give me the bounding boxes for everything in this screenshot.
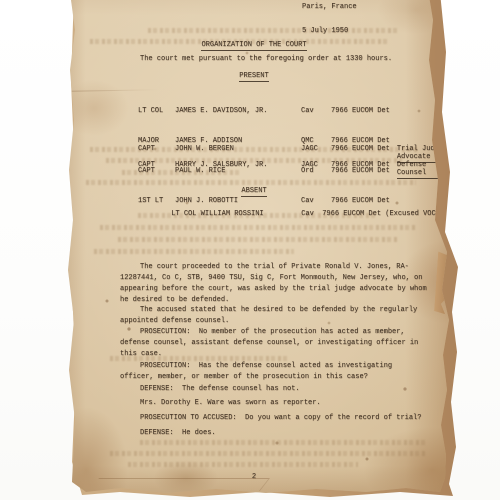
ghost-text-line — [128, 462, 358, 467]
document-title-text: ORGANIZATION OF THE COURT — [201, 41, 306, 51]
roster-row: LT COL JAMES E. DAVIDSON, JR. Cav 7966 E… — [138, 107, 448, 115]
officer-unit: 7966 EUCOM Det — [331, 161, 390, 179]
dateline-date: 5 July 1950 — [302, 26, 452, 37]
present-heading-text: PRESENT — [239, 72, 268, 82]
officer-name: HARRY J. SALSBURY, JR. — [175, 161, 301, 179]
ghost-text-line — [110, 451, 426, 456]
paragraph: PROSECUTION TO ACCUSED: Do you want a co… — [120, 413, 428, 424]
officer-name: LT COL WILLIAM ROSSINI — [171, 209, 301, 220]
page-number: 2 — [66, 472, 442, 483]
officer-branch: Cav — [301, 107, 331, 115]
paragraph: PROSECUTION: No member of the prosecutio… — [120, 327, 428, 360]
paragraph: The court proceeded to the trial of Priv… — [120, 262, 428, 306]
officer-unit: 7966 EUCOM Det — [331, 107, 390, 115]
officer-rank: CAPT — [138, 161, 175, 179]
paragraph: DEFENSE: The defense counsel has not. — [120, 384, 428, 395]
paragraph: Mrs. Dorothy E. Ware was sworn as report… — [120, 398, 428, 409]
ghost-text-line — [140, 440, 428, 445]
ghost-text-line — [94, 249, 294, 254]
officer-name: JAMES E. DAVIDSON, JR. — [175, 107, 301, 115]
officer-unit: Cav 7966 EUCOM Det — [301, 210, 381, 218]
intro-line: The court met pursuant to the foregoing … — [140, 54, 440, 65]
absent-heading: ABSENT — [66, 186, 442, 197]
document-title: ORGANIZATION OF THE COURT — [66, 40, 442, 51]
document-page: Paris, France 5 July 1950 ORGANIZATION O… — [66, 0, 456, 496]
present-heading: PRESENT — [66, 71, 442, 82]
paragraph: DEFENSE: He does. — [120, 428, 428, 439]
dateline-place: Paris, France — [302, 2, 452, 13]
absent-heading-text: ABSENT — [241, 187, 266, 197]
absent-row: LT COL WILLIAM ROSSINICav 7966 EUCOM Det… — [146, 198, 446, 231]
officer-rank: LT COL — [138, 107, 175, 115]
photo-background: Paris, France 5 July 1950 ORGANIZATION O… — [0, 0, 500, 500]
officer-branch: JAGC — [301, 161, 331, 179]
ghost-text-line — [118, 237, 398, 242]
paragraph: PROSECUTION: Has the defense counsel act… — [120, 361, 428, 383]
paragraph: The accused stated that he desired to be… — [120, 305, 428, 327]
